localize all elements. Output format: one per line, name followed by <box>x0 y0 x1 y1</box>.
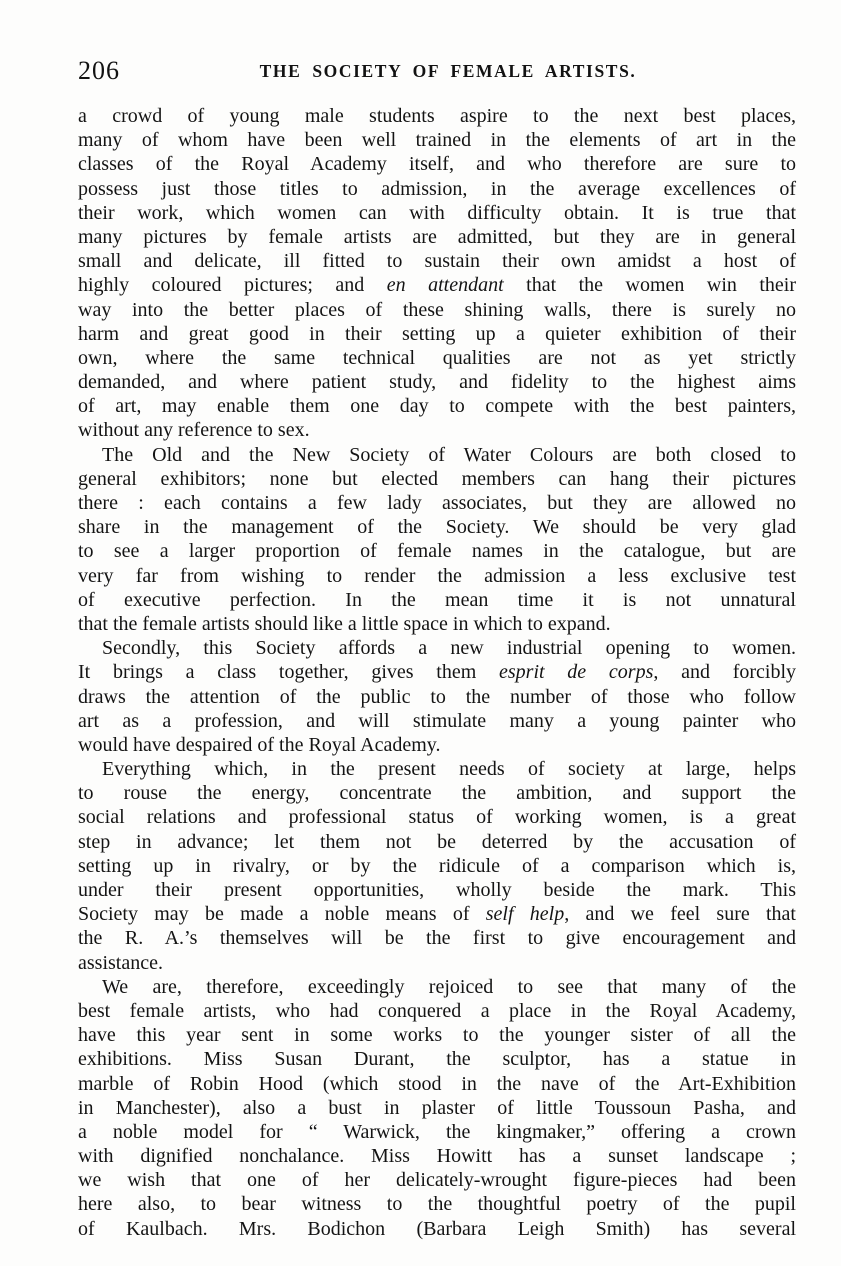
text-line: The Old and the New Society of Water Col… <box>78 443 796 467</box>
text-line: without any reference to sex. <box>78 418 796 442</box>
text-line: a noble model for “ Warwick, the kingmak… <box>78 1120 796 1144</box>
text-line: many pictures by female artists are admi… <box>78 225 796 249</box>
text-line: exhibitions. Miss Susan Durant, the scul… <box>78 1047 796 1071</box>
text-line: assistance. <box>78 951 796 975</box>
text-line: Everything which, in the present needs o… <box>78 757 796 781</box>
text-line: to see a larger proportion of female nam… <box>78 539 796 563</box>
text-line: of executive perfection. In the mean tim… <box>78 588 796 612</box>
text-line: of art, may enable them one day to compe… <box>78 394 796 418</box>
text-line: It brings a class together, gives them e… <box>78 660 796 684</box>
text-line: with dignified nonchalance. Miss Howitt … <box>78 1144 796 1168</box>
text-line: setting up in rivalry, or by the ridicul… <box>78 854 796 878</box>
text-line: their work, which women can with difficu… <box>78 201 796 225</box>
page-number: 206 <box>78 56 120 86</box>
text-line: social relations and professional status… <box>78 805 796 829</box>
text-line: draws the attention of the public to the… <box>78 685 796 709</box>
text-line: Society may be made a noble means of sel… <box>78 902 796 926</box>
text-line: would have despaired of the Royal Academ… <box>78 733 796 757</box>
text-line: the R. A.’s themselves will be the first… <box>78 926 796 950</box>
text-line: Secondly, this Society affords a new ind… <box>78 636 796 660</box>
book-page: 206 THE SOCIETY OF FEMALE ARTISTS. a cro… <box>0 0 841 1266</box>
text-line: step in advance; let them not be deterre… <box>78 830 796 854</box>
text-line: own, where the same technical qualities … <box>78 346 796 370</box>
text-line: many of whom have been well trained in t… <box>78 128 796 152</box>
text-line: very far from wishing to render the admi… <box>78 564 796 588</box>
text-line: art as a profession, and will stimulate … <box>78 709 796 733</box>
text-line: best female artists, who had conquered a… <box>78 999 796 1023</box>
text-line: that the female artists should like a li… <box>78 612 796 636</box>
text-line: harm and great good in their setting up … <box>78 322 796 346</box>
text-line: general exhibitors; none but elected mem… <box>78 467 796 491</box>
text-line: a crowd of young male students aspire to… <box>78 104 796 128</box>
text-line: to rouse the energy, concentrate the amb… <box>78 781 796 805</box>
text-line: possess just those titles to admission, … <box>78 177 796 201</box>
text-line: demanded, and where patient study, and f… <box>78 370 796 394</box>
text-line: in Manchester), also a bust in plaster o… <box>78 1096 796 1120</box>
text-line: way into the better places of these shin… <box>78 298 796 322</box>
text-line: We are, therefore, exceedingly rejoiced … <box>78 975 796 999</box>
text-line: have this year sent in some works to the… <box>78 1023 796 1047</box>
text-line: small and delicate, ill fitted to sustai… <box>78 249 796 273</box>
text-line: of Kaulbach. Mrs. Bodichon (Barbara Leig… <box>78 1217 796 1241</box>
text-line: share in the management of the Society. … <box>78 515 796 539</box>
text-line: classes of the Royal Academy itself, and… <box>78 152 796 176</box>
text-line: marble of Robin Hood (which stood in the… <box>78 1072 796 1096</box>
text-line: we wish that one of her delicately-wroug… <box>78 1168 796 1192</box>
page-body: a crowd of young male students aspire to… <box>78 104 796 1241</box>
text-line: here also, to bear witness to the though… <box>78 1192 796 1216</box>
text-line: there : each contains a few lady associa… <box>78 491 796 515</box>
text-line: under their present opportunities, wholl… <box>78 878 796 902</box>
page-header-title: THE SOCIETY OF FEMALE ARTISTS. <box>118 61 778 82</box>
text-line: highly coloured pictures; and en attenda… <box>78 273 796 297</box>
